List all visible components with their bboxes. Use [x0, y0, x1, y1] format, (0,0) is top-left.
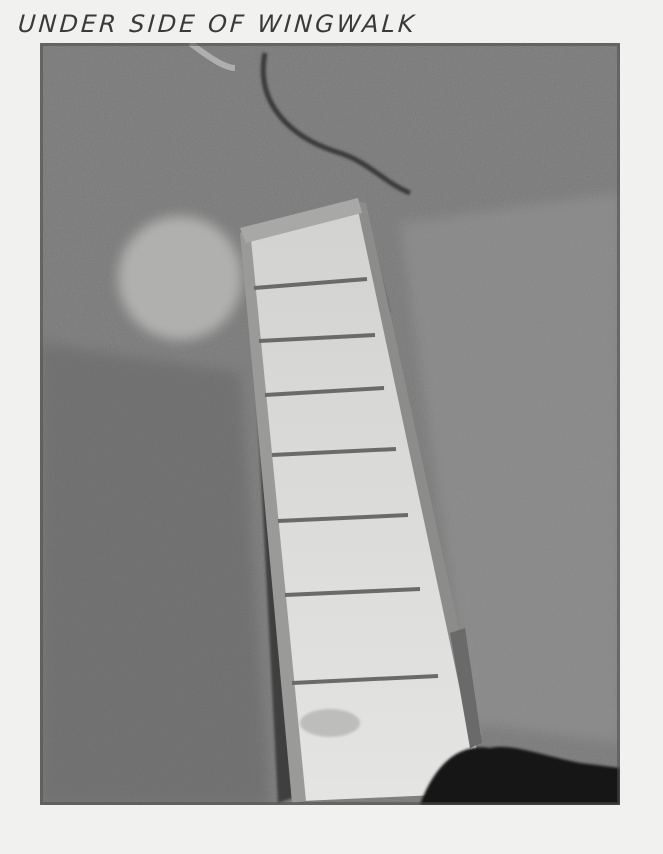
bare-ground-patch [118, 216, 242, 340]
photograph [40, 43, 620, 805]
photo-scene [40, 43, 620, 805]
handwritten-caption: UNDER SIDE OF WINGWALK [17, 10, 418, 38]
